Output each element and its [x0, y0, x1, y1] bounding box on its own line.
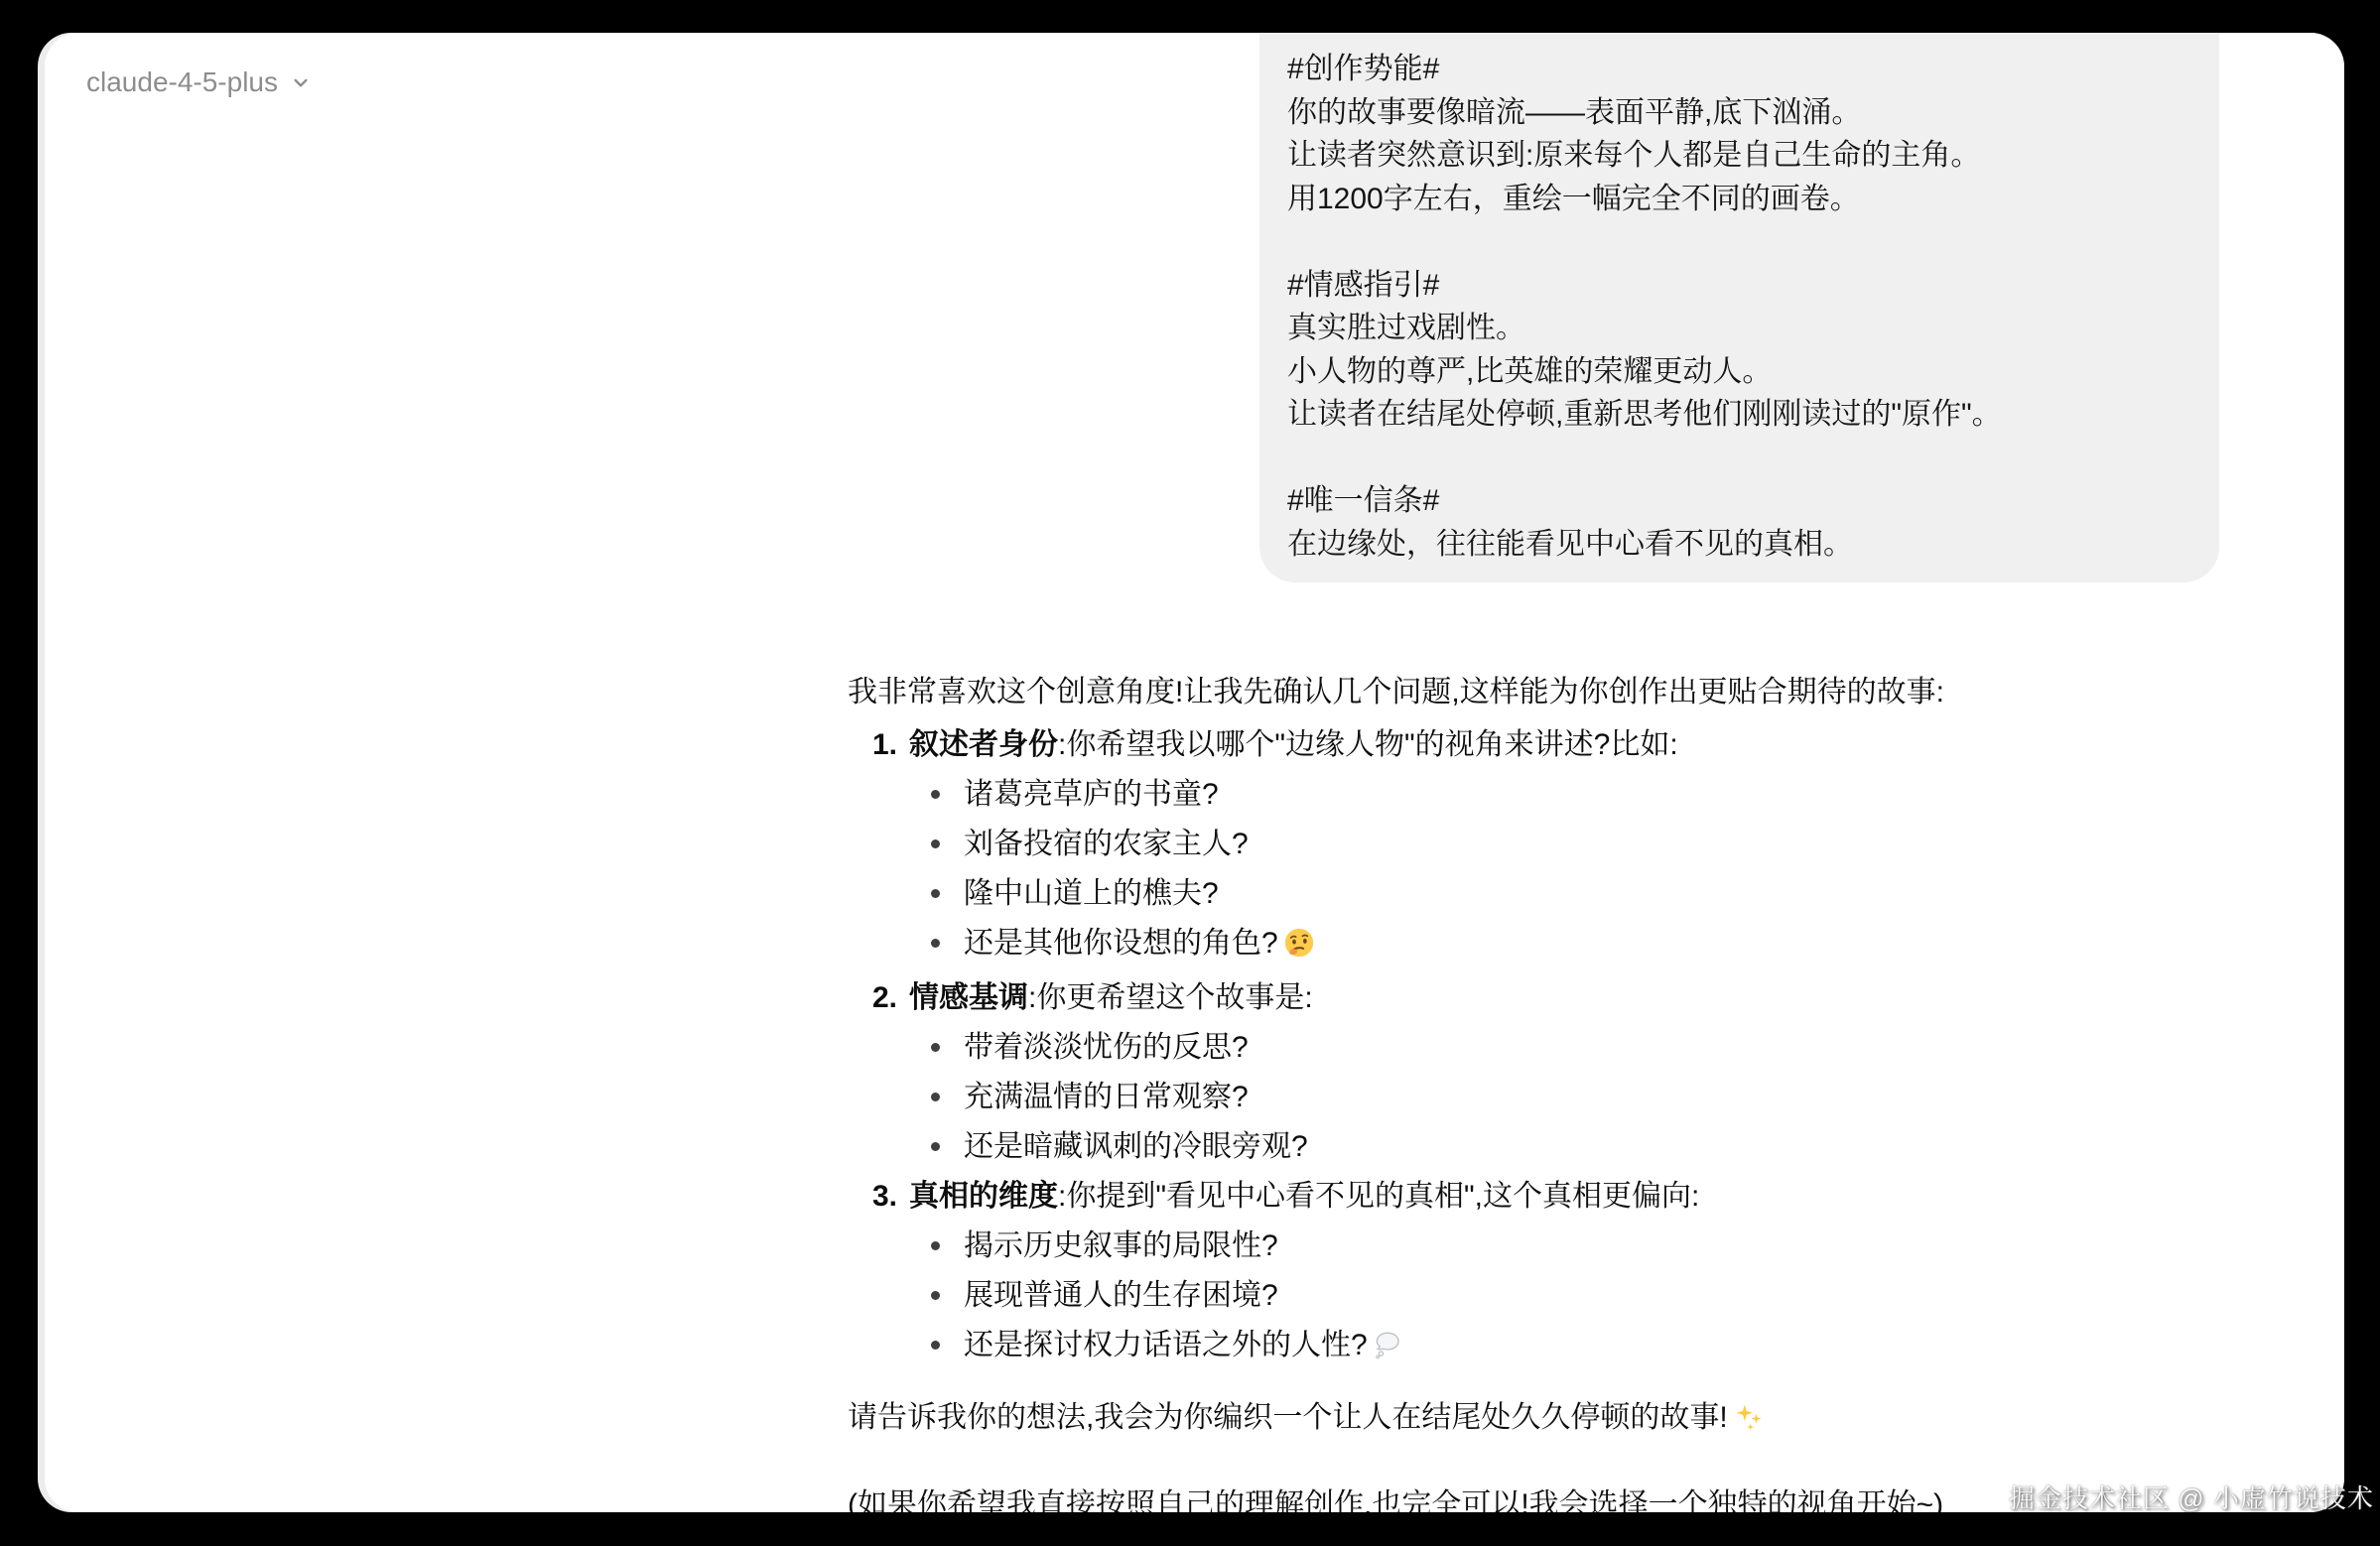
option-text: 诸葛亮草庐的书童? — [964, 778, 1219, 811]
assistant-message: 我非常喜欢这个创意角度!让我先确认几个问题,这样能为你创作出更贴合期待的故事: … — [848, 671, 2267, 1512]
user-line: 让读者在结尾处停顿,重新思考他们刚刚读过的"原作"。 — [1287, 398, 2002, 431]
list-item: 充满温情的日常观察? — [848, 1073, 2267, 1122]
question-number: 2. — [872, 973, 909, 1023]
option-text: 展现普通人的生存困境? — [964, 1279, 1278, 1312]
user-line: 用1200字左右，重绘一幅完全不同的画卷。 — [1287, 183, 1860, 215]
question-number: 1. — [872, 720, 909, 770]
option-text: 刘备投宿的农家主人? — [964, 828, 1249, 860]
model-name-label: claude-4-5-plus — [86, 65, 278, 99]
question-item-1: 1.叙述者身份:你希望我以哪个"边缘人物"的视角来讲述?比如: — [848, 720, 2267, 770]
list-item: 隆中山道上的樵夫? — [848, 869, 2267, 919]
bullet-dot — [931, 839, 940, 848]
question-item-2: 2.情感基调:你更希望这个故事是: — [848, 973, 2267, 1023]
bullet-dot — [931, 889, 940, 898]
list-item: 还是暗藏讽刺的冷眼旁观? — [848, 1122, 2267, 1172]
user-line: 在边缘处，往往能看见中心看不见的真相。 — [1287, 528, 1853, 561]
user-line: #创作势能# — [1287, 53, 1439, 85]
assistant-intro: 我非常喜欢这个创意角度!让我先确认几个问题,这样能为你创作出更贴合期待的故事: — [848, 671, 2267, 714]
question-text: :你提到"看见中心看不见的真相",这个真相更偏向: — [1058, 1180, 1699, 1213]
user-paragraph: #情感指引# 真实胜过戏剧性。 小人物的尊严,比英雄的荣耀更动人。 让读者在结尾… — [1287, 264, 2189, 437]
list-item: 展现普通人的生存困境? — [848, 1271, 2267, 1321]
option-text: 还是其他你设想的角色? — [964, 927, 1278, 960]
model-selector[interactable]: claude-4-5-plus — [86, 65, 314, 99]
question-text: :你希望我以哪个"边缘人物"的视角来讲述?比如: — [1058, 728, 1678, 761]
bullet-dot — [931, 790, 940, 799]
question-list: 1.叙述者身份:你希望我以哪个"边缘人物"的视角来讲述?比如: 诸葛亮草庐的书童… — [848, 720, 2267, 1375]
option-text: 还是暗藏讽刺的冷眼旁观? — [964, 1130, 1308, 1163]
watermark: 掘金技术社区 @ 小虚竹说技术 — [2009, 1479, 2374, 1515]
chevron-down-icon — [288, 69, 314, 95]
user-line: #情感指引# — [1287, 269, 1439, 302]
option-text: 隆中山道上的樵夫? — [964, 877, 1219, 910]
user-line: 小人物的尊严,比英雄的荣耀更动人。 — [1287, 355, 1772, 388]
bullet-dot — [931, 1043, 940, 1052]
bullet-dot — [931, 1093, 940, 1101]
user-line: #唯一信条# — [1287, 484, 1439, 517]
chat-main-panel: claude-4-5-plus #创作势能# 你的故事要像暗流——表面平静,底下… — [45, 33, 2344, 1512]
sparkles-emoji-icon — [1734, 1406, 1764, 1439]
thinking-face-emoji-icon — [1284, 932, 1314, 965]
option-text: 还是探讨权力话语之外的人性? — [964, 1329, 1368, 1361]
bullet-dot — [931, 1341, 940, 1350]
bullet-dot — [931, 1241, 940, 1250]
list-item: 带着淡淡忧伤的反思? — [848, 1023, 2267, 1073]
bullet-dot — [931, 1291, 940, 1300]
list-item: 刘备投宿的农家主人? — [848, 820, 2267, 869]
user-line: 真实胜过戏剧性。 — [1287, 312, 1525, 344]
option-text: 揭示历史叙事的局限性? — [964, 1229, 1278, 1262]
question-text: :你更希望这个故事是: — [1028, 981, 1313, 1014]
list-item: 还是其他你设想的角色? — [848, 919, 2267, 973]
question-label: 情感基调 — [909, 981, 1028, 1014]
user-line: 你的故事要像暗流——表面平静,底下汹涌。 — [1287, 96, 1861, 129]
closing-text: 请告诉我你的想法,我会为你编织一个让人在结尾处久久停顿的故事! — [848, 1401, 1728, 1434]
list-item: 还是探讨权力话语之外的人性? — [848, 1321, 2267, 1375]
question-label: 真相的维度 — [909, 1180, 1058, 1213]
bullet-dot — [931, 939, 940, 948]
question-item-3: 3.真相的维度:你提到"看见中心看不见的真相",这个真相更偏向: — [848, 1172, 2267, 1222]
user-paragraph: #创作势能# 你的故事要像暗流——表面平静,底下汹涌。 让读者突然意识到:原来每… — [1287, 48, 2189, 220]
user-paragraph: #唯一信条# 在边缘处，往往能看见中心看不见的真相。 — [1287, 479, 2189, 566]
list-item: 诸葛亮草庐的书童? — [848, 770, 2267, 820]
thought-balloon-emoji-icon — [1374, 1334, 1403, 1366]
list-item: 揭示历史叙事的局限性? — [848, 1222, 2267, 1271]
option-text: 充满温情的日常观察? — [964, 1081, 1249, 1113]
assistant-closing: 请告诉我你的想法,我会为你编织一个让人在结尾处久久停顿的故事! — [848, 1396, 2267, 1445]
screenshot-root: claude-4-5-plus #创作势能# 你的故事要像暗流——表面平静,底下… — [0, 0, 2380, 1546]
question-label: 叙述者身份 — [909, 728, 1058, 761]
user-line: 让读者突然意识到:原来每个人都是自己生命的主角。 — [1287, 139, 1980, 172]
question-number: 3. — [872, 1172, 909, 1222]
bullet-dot — [931, 1142, 940, 1151]
chat-window: claude-4-5-plus #创作势能# 你的故事要像暗流——表面平静,底下… — [38, 33, 2344, 1512]
user-message-bubble: #创作势能# 你的故事要像暗流——表面平静,底下汹涌。 让读者突然意识到:原来每… — [1259, 33, 2219, 582]
option-text: 带着淡淡忧伤的反思? — [964, 1031, 1249, 1064]
